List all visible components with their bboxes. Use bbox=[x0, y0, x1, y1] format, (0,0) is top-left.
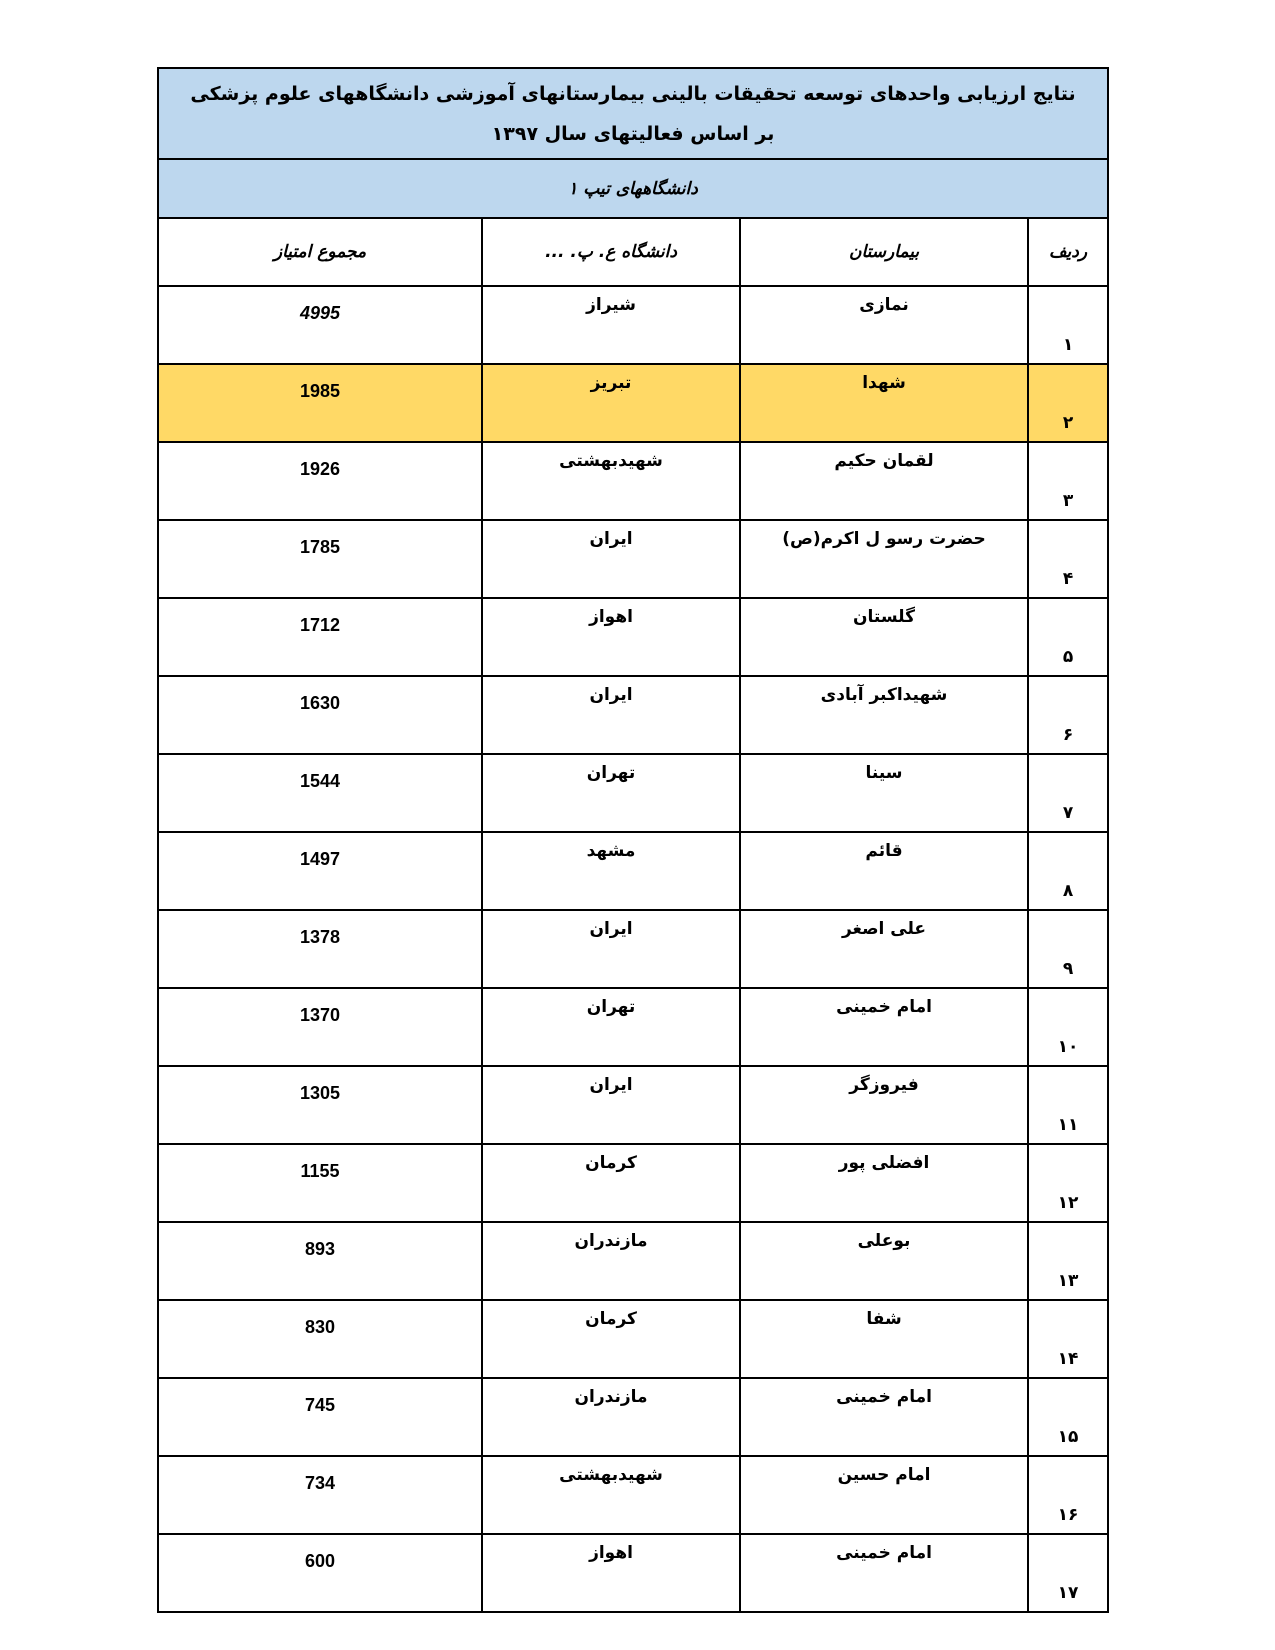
score-cell: 1378 bbox=[158, 910, 482, 988]
table-row: ۱ نمازی شیراز 4995 bbox=[158, 286, 1108, 364]
university-cell: کرمان bbox=[482, 1144, 740, 1222]
rank-cell: ۱۲ bbox=[1028, 1144, 1108, 1222]
table-row: ۱۴ شفا کرمان 830 bbox=[158, 1300, 1108, 1378]
category-subtitle: دانشگاههای تیپ ۱ bbox=[158, 159, 1108, 218]
hospital-cell: قائم bbox=[740, 832, 1028, 910]
score-cell: 4995 bbox=[158, 286, 482, 364]
rank-cell: ۱۷ bbox=[1028, 1534, 1108, 1612]
title-line-2: بر اساس فعالیتهای سال ۱۳۹۷ bbox=[159, 114, 1107, 154]
rank-cell: ۵ bbox=[1028, 598, 1108, 676]
university-cell: کرمان bbox=[482, 1300, 740, 1378]
rank-cell: ۲ bbox=[1028, 364, 1108, 442]
rank-cell: ۷ bbox=[1028, 754, 1108, 832]
university-cell: اهواز bbox=[482, 1534, 740, 1612]
table-row: ۱۶ امام حسین شهیدبهشتی 734 bbox=[158, 1456, 1108, 1534]
university-cell: مازندران bbox=[482, 1378, 740, 1456]
hospital-cell: سینا bbox=[740, 754, 1028, 832]
table-row: ۱۰ امام خمینی تهران 1370 bbox=[158, 988, 1108, 1066]
score-cell: 1155 bbox=[158, 1144, 482, 1222]
score-cell: 1785 bbox=[158, 520, 482, 598]
table-row: ۳ لقمان حکیم شهیدبهشتی 1926 bbox=[158, 442, 1108, 520]
university-cell: شیراز bbox=[482, 286, 740, 364]
table-row: ۷ سینا تهران 1544 bbox=[158, 754, 1108, 832]
university-cell: ایران bbox=[482, 676, 740, 754]
score-cell: 893 bbox=[158, 1222, 482, 1300]
rank-cell: ۴ bbox=[1028, 520, 1108, 598]
rank-cell: ۱۰ bbox=[1028, 988, 1108, 1066]
university-cell: تهران bbox=[482, 988, 740, 1066]
table-row: ۹ علی اصغر ایران 1378 bbox=[158, 910, 1108, 988]
hospital-cell: امام خمینی bbox=[740, 988, 1028, 1066]
table-row: ۱۳ بوعلی مازندران 893 bbox=[158, 1222, 1108, 1300]
hospital-cell: گلستان bbox=[740, 598, 1028, 676]
rank-cell: ۱۴ bbox=[1028, 1300, 1108, 1378]
university-cell: ایران bbox=[482, 910, 740, 988]
ranking-table: نتایج ارزیابی واحدهای توسعه تحقیقات بالی… bbox=[157, 67, 1109, 1613]
score-cell: 1544 bbox=[158, 754, 482, 832]
rank-cell: ۱۱ bbox=[1028, 1066, 1108, 1144]
title-line-1: نتایج ارزیابی واحدهای توسعه تحقیقات بالی… bbox=[159, 74, 1107, 114]
hospital-cell: فیروزگر bbox=[740, 1066, 1028, 1144]
score-cell: 1305 bbox=[158, 1066, 482, 1144]
table-row: ۱۲ افضلی پور کرمان 1155 bbox=[158, 1144, 1108, 1222]
hospital-cell: شهیداکبر آبادی bbox=[740, 676, 1028, 754]
university-cell: اهواز bbox=[482, 598, 740, 676]
university-cell: شهیدبهشتی bbox=[482, 1456, 740, 1534]
score-cell: 734 bbox=[158, 1456, 482, 1534]
hospital-cell: علی اصغر bbox=[740, 910, 1028, 988]
university-cell: تبریز bbox=[482, 364, 740, 442]
university-cell: تهران bbox=[482, 754, 740, 832]
title-row: نتایج ارزیابی واحدهای توسعه تحقیقات بالی… bbox=[158, 68, 1108, 159]
score-cell: 1497 bbox=[158, 832, 482, 910]
hospital-cell: بوعلی bbox=[740, 1222, 1028, 1300]
score-cell: 1926 bbox=[158, 442, 482, 520]
rank-cell: ۳ bbox=[1028, 442, 1108, 520]
hospital-cell: امام خمینی bbox=[740, 1378, 1028, 1456]
university-cell: ایران bbox=[482, 520, 740, 598]
rank-cell: ۱ bbox=[1028, 286, 1108, 364]
hospital-cell: افضلی پور bbox=[740, 1144, 1028, 1222]
hospital-cell: شهدا bbox=[740, 364, 1028, 442]
rank-cell: ۱۳ bbox=[1028, 1222, 1108, 1300]
score-cell: 1630 bbox=[158, 676, 482, 754]
header-hospital: بیمارستان bbox=[740, 218, 1028, 286]
subtitle-row: دانشگاههای تیپ ۱ bbox=[158, 159, 1108, 218]
hospital-cell: شفا bbox=[740, 1300, 1028, 1378]
rank-cell: ۶ bbox=[1028, 676, 1108, 754]
table-row: ۱۷ امام خمینی اهواز 600 bbox=[158, 1534, 1108, 1612]
table-row: ۱۱ فیروزگر ایران 1305 bbox=[158, 1066, 1108, 1144]
university-cell: شهیدبهشتی bbox=[482, 442, 740, 520]
university-cell: مشهد bbox=[482, 832, 740, 910]
score-cell: 600 bbox=[158, 1534, 482, 1612]
hospital-cell: امام حسین bbox=[740, 1456, 1028, 1534]
hospital-cell: امام خمینی bbox=[740, 1534, 1028, 1612]
rank-cell: ۹ bbox=[1028, 910, 1108, 988]
hospital-cell: حضرت رسو ل اکرم(ص) bbox=[740, 520, 1028, 598]
rank-cell: ۸ bbox=[1028, 832, 1108, 910]
table-row: ۴ حضرت رسو ل اکرم(ص) ایران 1785 bbox=[158, 520, 1108, 598]
score-cell: 1985 bbox=[158, 364, 482, 442]
table-row: ۸ قائم مشهد 1497 bbox=[158, 832, 1108, 910]
score-cell: 745 bbox=[158, 1378, 482, 1456]
table-row: ۵ گلستان اهواز 1712 bbox=[158, 598, 1108, 676]
score-cell: 1370 bbox=[158, 988, 482, 1066]
table-body: ۱ نمازی شیراز 4995 ۲ شهدا تبریز 1985 ۳ ل… bbox=[158, 286, 1108, 1612]
header-university: دانشگاه ع. پ. ... bbox=[482, 218, 740, 286]
university-cell: ایران bbox=[482, 1066, 740, 1144]
table-row: ۱۵ امام خمینی مازندران 745 bbox=[158, 1378, 1108, 1456]
hospital-cell: لقمان حکیم bbox=[740, 442, 1028, 520]
table-row: ۶ شهیداکبر آبادی ایران 1630 bbox=[158, 676, 1108, 754]
header-score: مجموع امتیاز bbox=[158, 218, 482, 286]
document-title: نتایج ارزیابی واحدهای توسعه تحقیقات بالی… bbox=[158, 68, 1108, 159]
rank-cell: ۱۶ bbox=[1028, 1456, 1108, 1534]
university-cell: مازندران bbox=[482, 1222, 740, 1300]
score-cell: 830 bbox=[158, 1300, 482, 1378]
score-cell: 1712 bbox=[158, 598, 482, 676]
header-rank: ردیف bbox=[1028, 218, 1108, 286]
rank-cell: ۱۵ bbox=[1028, 1378, 1108, 1456]
table-row: ۲ شهدا تبریز 1985 bbox=[158, 364, 1108, 442]
column-header-row: ردیف بیمارستان دانشگاه ع. پ. ... مجموع ا… bbox=[158, 218, 1108, 286]
hospital-cell: نمازی bbox=[740, 286, 1028, 364]
